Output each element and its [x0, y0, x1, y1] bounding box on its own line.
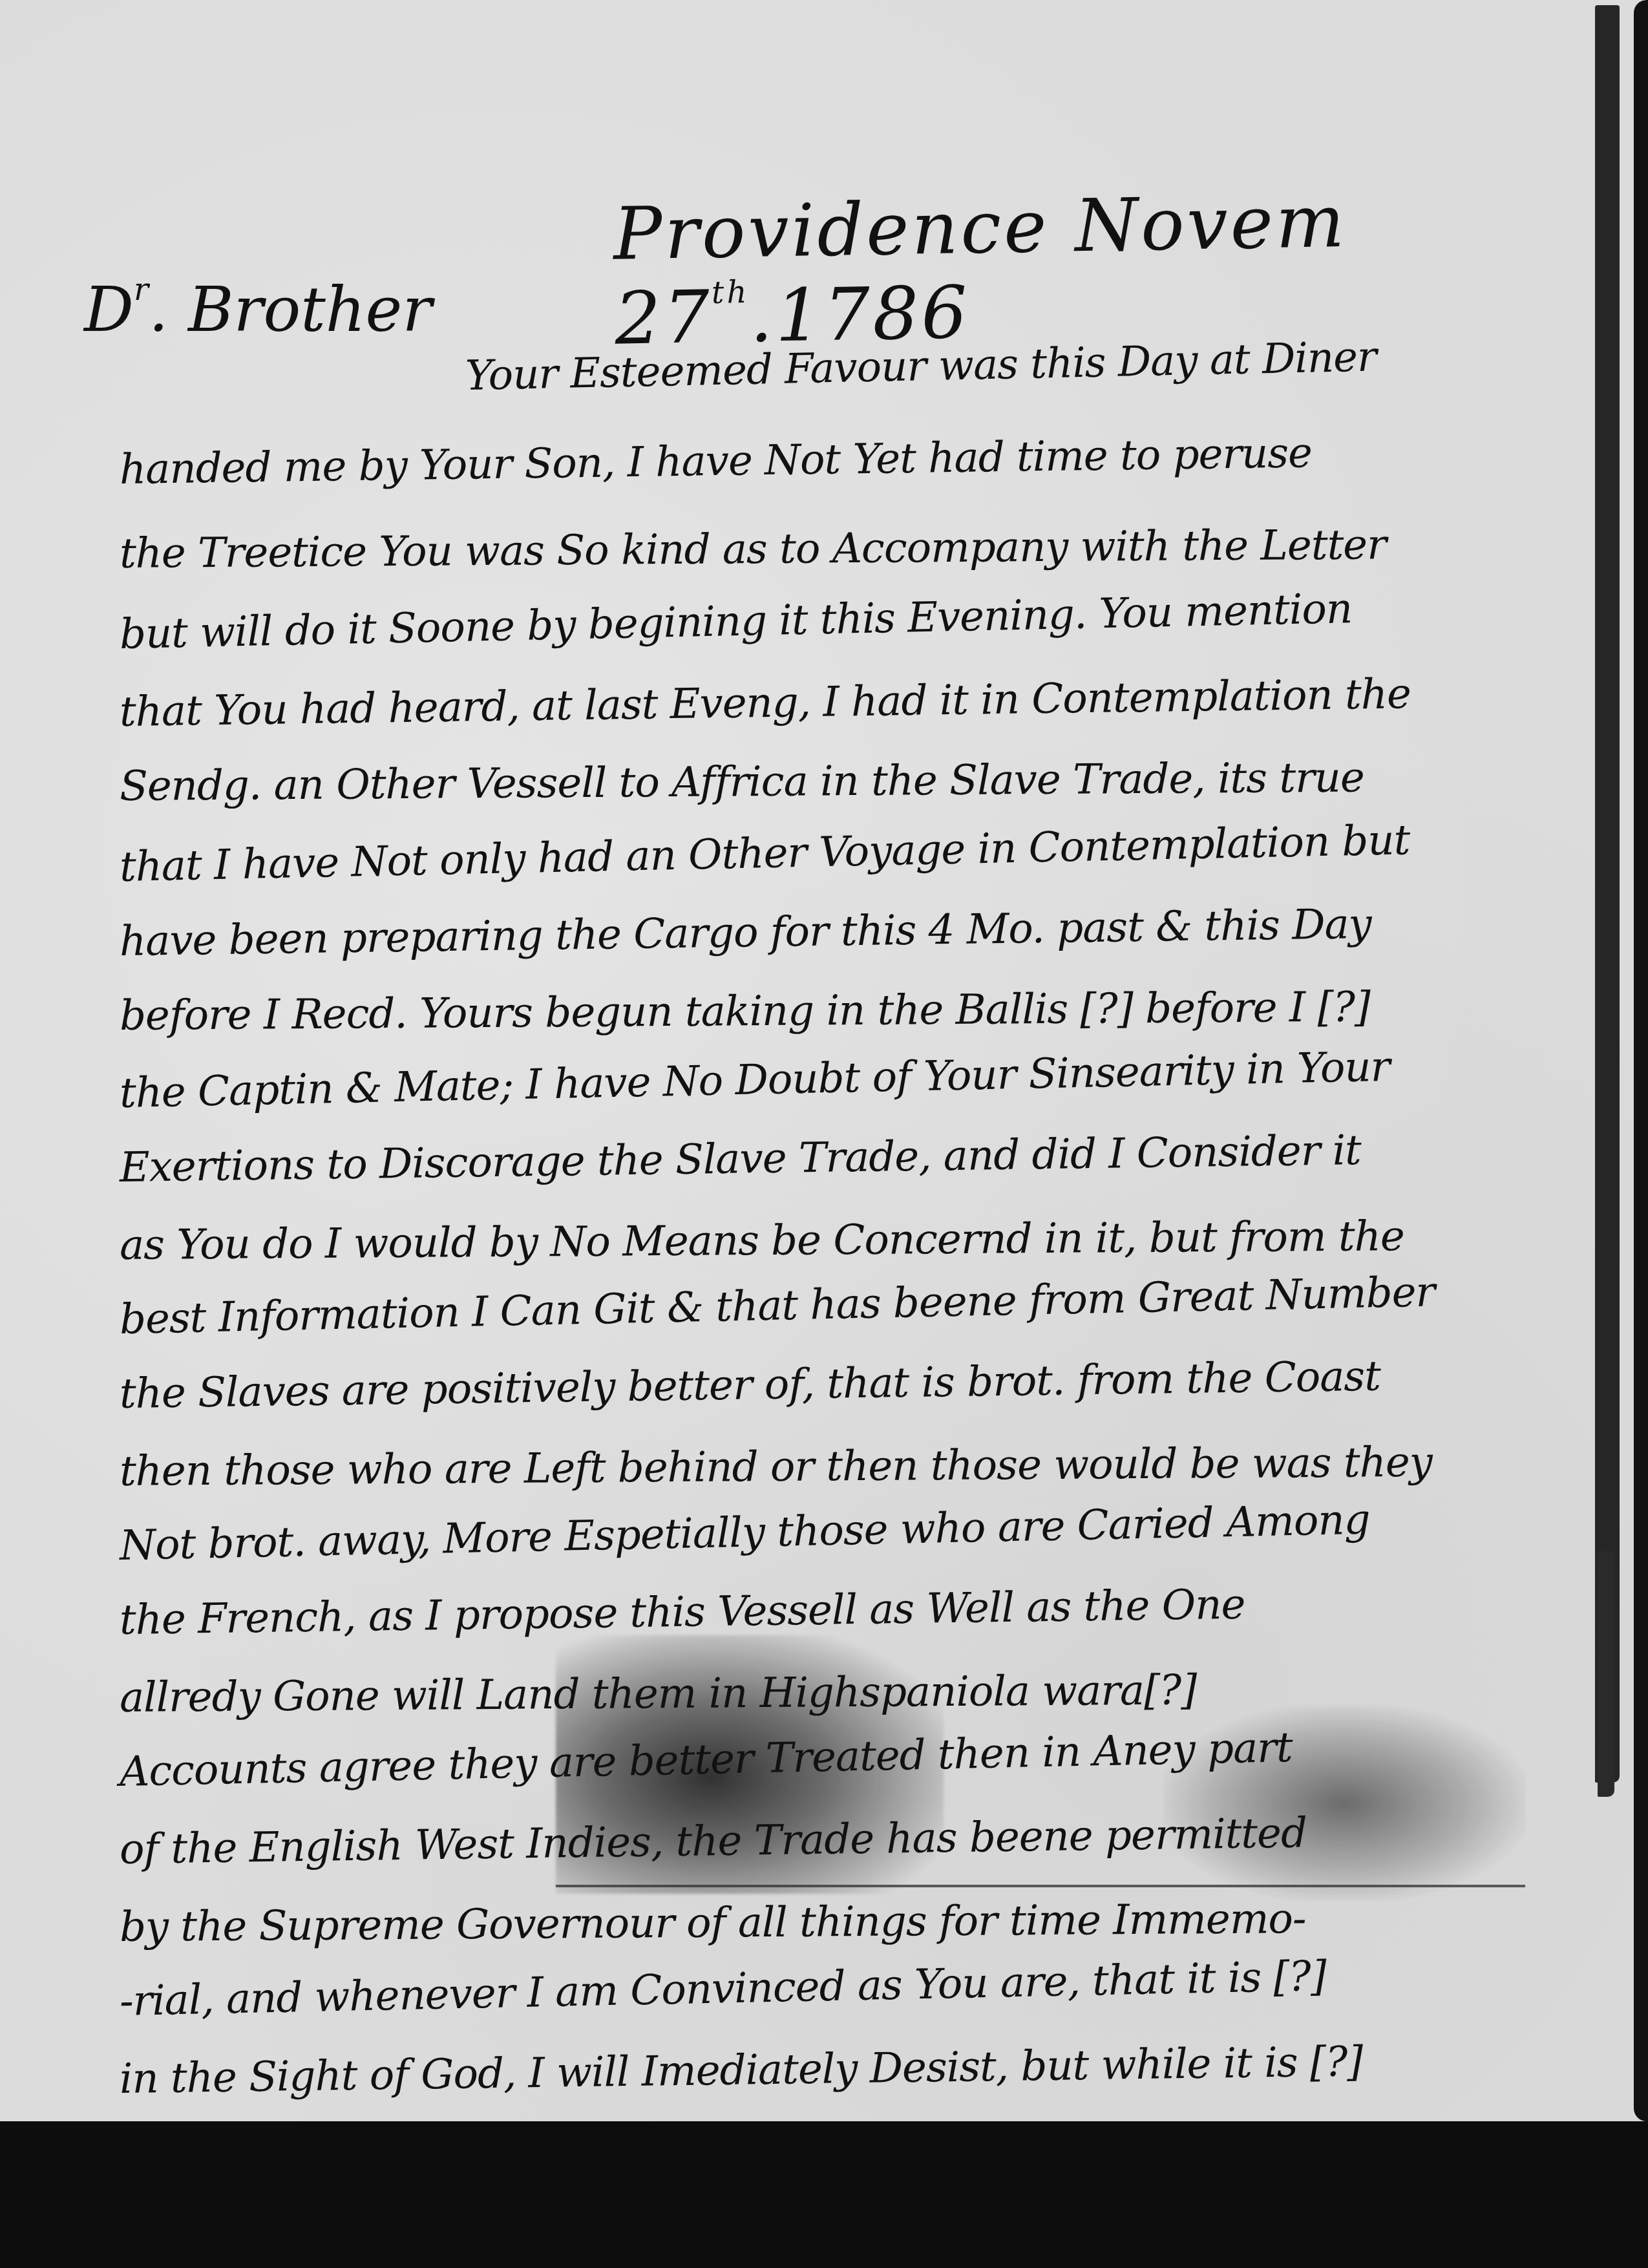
- salutation-abbrev: D: [84, 273, 134, 346]
- letter-line: have been preparing the Cargo for this 4…: [119, 900, 1371, 966]
- letter-line: in the Sight of God, I will Imediately D…: [119, 2038, 1362, 2103]
- letter-line: the Slaves are positively better of, tha…: [119, 1353, 1380, 1418]
- letter-line: of the English West Indies, the Trade ha…: [119, 1809, 1307, 1874]
- salutation-name: Brother: [188, 273, 432, 346]
- letter-line: by the Supreme Governour of all things f…: [120, 1895, 1306, 1951]
- letter-line: then those who are Left behind or then t…: [120, 1439, 1432, 1496]
- salutation: Dr. Brother: [84, 271, 432, 346]
- letter-line: before I Recd. Yours begun taking in the…: [120, 983, 1370, 1040]
- letter-line: allredy Gone will Land them in Highspani…: [120, 1666, 1197, 1722]
- dateline: Providence Novem 27th.1786: [613, 176, 1552, 361]
- letter-line: -rial, and whenever I am Convinced as Yo…: [119, 1953, 1326, 2026]
- binding-shadow-bar: [1595, 5, 1620, 1783]
- letter-line: Sendg. an Other Vessell to Affrica in th…: [120, 754, 1364, 811]
- letter-line: handed me by Your Son, I have Not Yet ha…: [119, 429, 1312, 494]
- salutation-abbrev-sup: r: [134, 271, 149, 308]
- binding-shadow-bar-lower: [1598, 1551, 1614, 1797]
- letter-line: the Captin & Mate; I have No Doubt of Yo…: [119, 1043, 1390, 1118]
- dateline-place: Providence: [613, 185, 1050, 277]
- letter-line: Accounts agree they are better Treated t…: [119, 1724, 1293, 1796]
- dateline-month: Novem: [1074, 180, 1347, 268]
- letter-line: Exertions to Discorage the Slave Trade, …: [119, 1127, 1361, 1192]
- letter-line: the French, as I propose this Vessell as…: [119, 1581, 1245, 1644]
- letter-line: best Information I Can Git & that has be…: [119, 1268, 1435, 1344]
- letter-line: Not brot. away, More Espetially those wh…: [119, 1496, 1370, 1570]
- letter-line: but will do it Soone by begining it this…: [119, 585, 1353, 659]
- letter-line: that You had heard, at last Eveng, I had…: [119, 670, 1411, 736]
- letter-line: that I have Not only had an Other Voyage…: [119, 816, 1410, 891]
- letter-line: the Treetice You was So kind as to Accom…: [120, 521, 1386, 578]
- dateline-day-suffix: th: [712, 274, 750, 311]
- letter-line: as You do I would by No Means be Concern…: [120, 1213, 1404, 1269]
- letter-line: Your Esteemed Favour was this Day at Din…: [465, 333, 1377, 400]
- page-edge-shadow: [1634, 0, 1648, 2121]
- letter-body: Providence Novem 27th.1786 Dr. Brother Y…: [0, 0, 1551, 1939]
- scanned-page: Providence Novem 27th.1786 Dr. Brother Y…: [0, 0, 1647, 2121]
